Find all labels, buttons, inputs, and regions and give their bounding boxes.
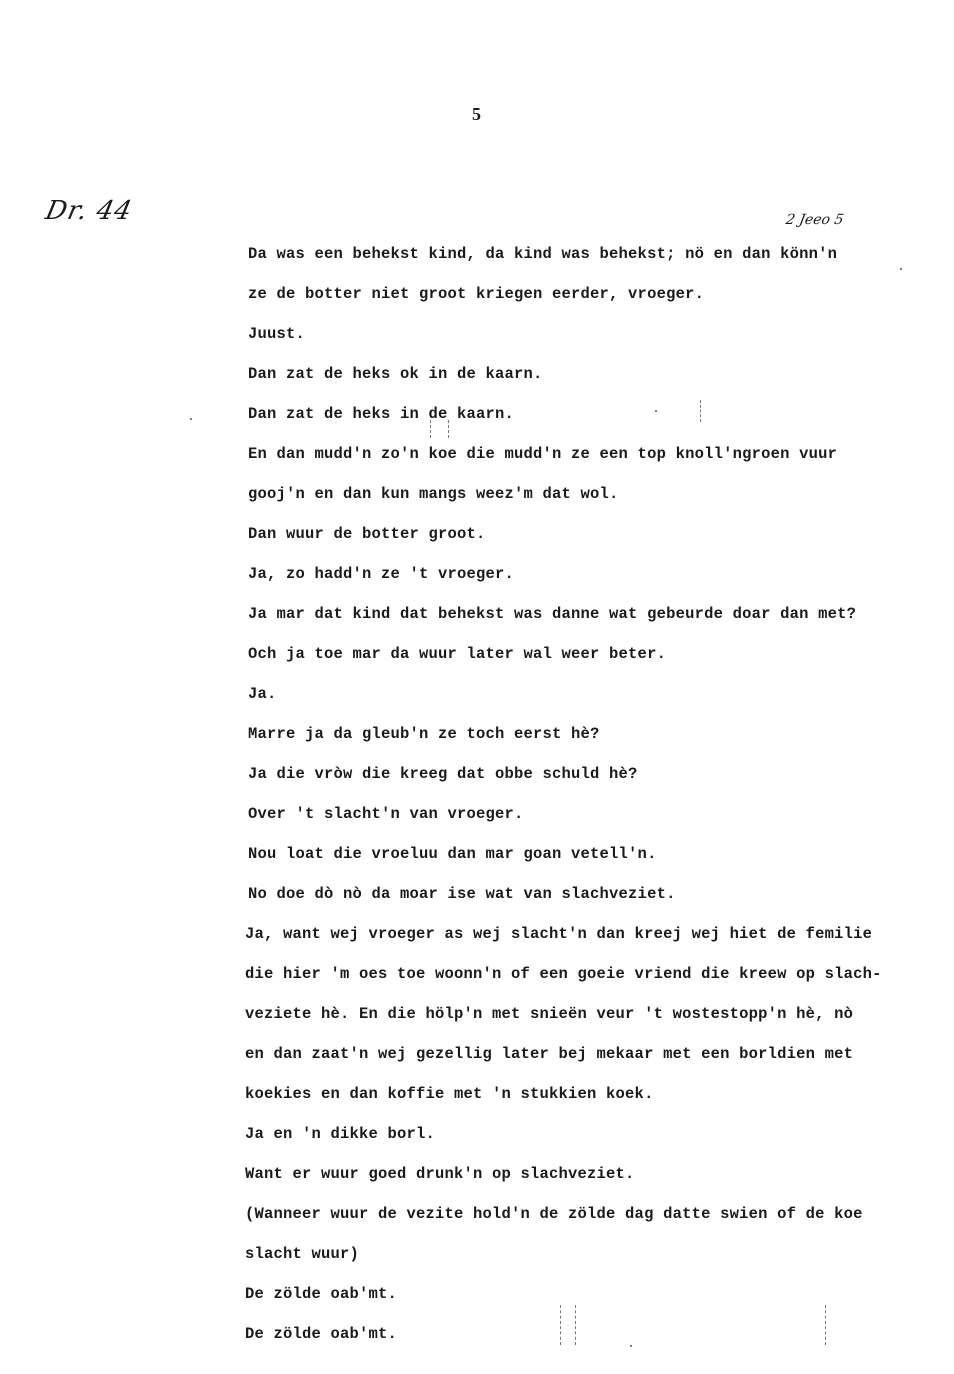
scan-speck [630,1345,632,1347]
transcript-line: Over 't slacht'n van vroeger. [248,800,938,840]
transcript-line: De zölde oab'mt. [245,1280,938,1320]
scan-speck [900,268,902,270]
transcript-line: Dan zat de heks ok in de kaarn. [248,360,938,400]
transcript-line: Juust. [248,320,938,360]
transcript-line: slacht wuur) [245,1240,938,1280]
transcript-line: koekies en dan koffie met 'n stukkien ko… [245,1080,938,1120]
transcript-line: Want er wuur goed drunk'n op slachveziet… [245,1160,938,1200]
transcript-line: Ja, want wej vroeger as wej slacht'n dan… [245,920,938,960]
transcript-line: gooj'n en dan kun mangs weez'm dat wol. [248,480,938,520]
transcript-line: De zölde oab'mt. [245,1320,938,1360]
transcript-line: Dan zat de heks in de kaarn. [248,400,938,440]
scan-artifact [448,420,449,438]
handwritten-note: 2 Jeeo 5 [785,212,845,228]
transcript-line: ze de botter niet groot kriegen eerder, … [248,280,938,320]
transcript-line: Marre ja da gleub'n ze toch eerst hè? [248,720,938,760]
transcript-line: Ja, zo hadd'n ze 't vroeger. [248,560,938,600]
transcript-line: Nou loat die vroeluu dan mar goan vetell… [248,840,938,880]
transcript-body: Da was een behekst kind, da kind was beh… [248,240,938,1360]
scan-speck [655,410,657,412]
transcript-line: Ja die vròw die kreeg dat obbe schuld hè… [248,760,938,800]
scan-artifact [825,1305,826,1345]
transcript-line: No doe dò nò da moar ise wat van slachve… [248,880,938,920]
transcript-line: veziete hè. En die hölp'n met snieën veu… [245,1000,938,1040]
handwritten-reference: Dr. 44 [43,196,135,226]
transcript-line: Da was een behekst kind, da kind was beh… [248,240,938,280]
transcript-line: Och ja toe mar da wuur later wal weer be… [248,640,938,680]
transcript-line: Ja. [248,680,938,720]
scan-artifact [560,1305,561,1345]
transcript-line: Ja mar dat kind dat behekst was danne wa… [248,600,938,640]
scan-artifact [700,400,701,422]
scan-artifact [575,1305,576,1345]
transcript-line: die hier 'm oes toe woonn'n of een goeie… [245,960,938,1000]
scan-artifact [430,420,431,438]
transcript-line: en dan zaat'n wej gezellig later bej mek… [245,1040,938,1080]
transcript-line: En dan mudd'n zo'n koe die mudd'n ze een… [248,440,938,480]
scan-speck [190,418,192,420]
transcript-line: (Wanneer wuur de vezite hold'n de zölde … [245,1200,938,1240]
transcript-line: Dan wuur de botter groot. [248,520,938,560]
page-number: 5 [472,104,481,125]
transcript-line: Ja en 'n dikke borl. [245,1120,938,1160]
